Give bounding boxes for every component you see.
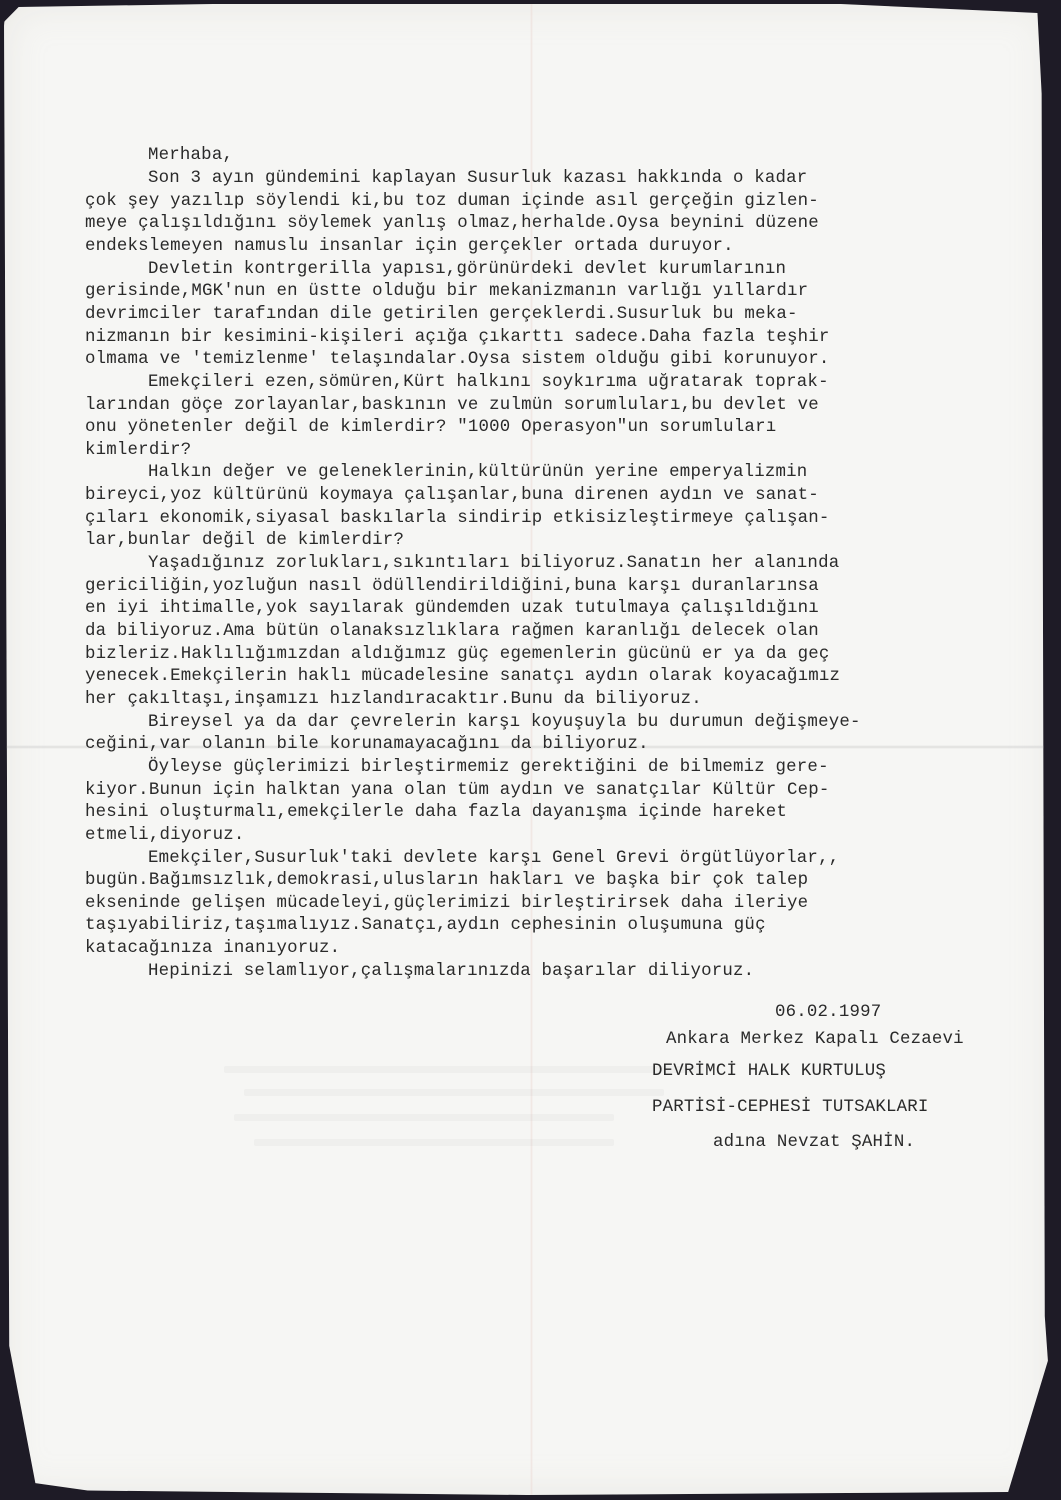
organization-line-1: DEVRİMCİ HALK KURTULUŞ — [652, 1061, 886, 1083]
letter-line: yenecek.Emekçilerin haklı mücadelesine s… — [85, 666, 840, 688]
letter-line: olmama ve 'temizlenme' telaşındalar.Oysa… — [85, 349, 830, 371]
greeting: Merhaba, — [148, 145, 233, 167]
letter-line: larından göçe zorlayanlar,baskının ve zu… — [85, 395, 819, 417]
letter-line: endekslemeyen namuslu insanlar için gerç… — [85, 236, 734, 258]
letter-line: Emekçiler,Susurluk'taki devlete karşı Ge… — [148, 848, 839, 870]
letter-line: ceğini,var olanın bile korunamayacağını … — [85, 734, 649, 756]
letter-date: 06.02.1997 — [775, 1002, 881, 1024]
letter-line: Bireysel ya da dar çevrelerin karşı koyu… — [148, 712, 861, 734]
signer-name: adına Nevzat ŞAHİN. — [713, 1132, 915, 1154]
letter-line: her çakıltaşı,inşamızı hızlandıracaktır.… — [85, 689, 702, 711]
letter-line: Yaşadığınız zorlukları,sıkıntıları biliy… — [148, 553, 839, 575]
letter-line: Öyleyse güçlerimizi birleştirmemiz gerek… — [148, 757, 829, 779]
letter-line: meye çalışıldığını söylemek yanlış olmaz… — [85, 213, 819, 235]
letter-line: ekseninde gelişen mücadeleyi,güçlerimizi… — [85, 893, 808, 915]
organization-line-2: PARTİSİ-CEPHESİ TUTSAKLARI — [652, 1097, 929, 1119]
letter-line: Son 3 ayın gündemini kaplayan Susurluk k… — [148, 168, 807, 190]
letter-line: Devletin kontrgerilla yapısı,görünürdeki… — [148, 259, 786, 281]
letter-line: taşıyabiliriz,taşımalıyız.Sanatçı,aydın … — [85, 915, 766, 937]
letter-line: kimlerdir? — [85, 440, 191, 462]
scanned-page: Merhaba, Son 3 ayın gündemini kaplayan S… — [0, 0, 1061, 1500]
letter-line: gerisinde,MGK'nun en üstte olduğu bir me… — [85, 281, 808, 303]
letter-line: Hepinizi selamlıyor,çalışmalarınızda baş… — [148, 961, 754, 983]
letter-line: hesini oluşturmalı,emekçilerle daha fazl… — [85, 802, 787, 824]
letter-line: etmeli,diyoruz. — [85, 825, 245, 847]
letter-line: bizleriz.Haklılığımızdan aldığımız güç e… — [85, 644, 830, 666]
letter-line: Halkın değer ve geleneklerinin,kültürünü… — [148, 462, 807, 484]
letter-line: Emekçileri ezen,sömüren,Kürt halkını soy… — [148, 372, 829, 394]
letter-line: çıları ekonomik,siyasal baskılarla sindi… — [85, 508, 830, 530]
letter-line: çok şey yazılıp söylendi ki,bu toz duman… — [85, 191, 819, 213]
letter-line: nizmanın bir kesimini-kişileri açığa çık… — [85, 327, 830, 349]
letter-line: gericiliğin,yozluğun nasıl ödüllendirild… — [85, 576, 819, 598]
letter-line: katacağınıza inanıyoruz. — [85, 938, 340, 960]
letter-line: kiyor.Bunun için halktan yana olan tüm a… — [85, 780, 830, 802]
letter-line: onu yönetenler değil de kimlerdir? "1000… — [85, 417, 776, 439]
prison-location: Ankara Merkez Kapalı Cezaevi — [666, 1029, 964, 1051]
letter-line: bireyci,yoz kültürünü koymaya çalışanlar… — [85, 485, 819, 507]
letter-line: devrimciler tarafından dile getirilen ge… — [85, 304, 798, 326]
letter-line: bugün.Bağımsızlık,demokrasi,ulusların ha… — [85, 870, 808, 892]
letter-line: en iyi ihtimalle,yok sayılarak gündemden… — [85, 598, 819, 620]
letter-line: da biliyoruz.Ama bütün olanaksızlıklara … — [85, 621, 819, 643]
letter-body: Merhaba, Son 3 ayın gündemini kaplayan S… — [0, 0, 1061, 1500]
letter-line: lar,bunlar değil de kimlerdir? — [85, 530, 404, 552]
